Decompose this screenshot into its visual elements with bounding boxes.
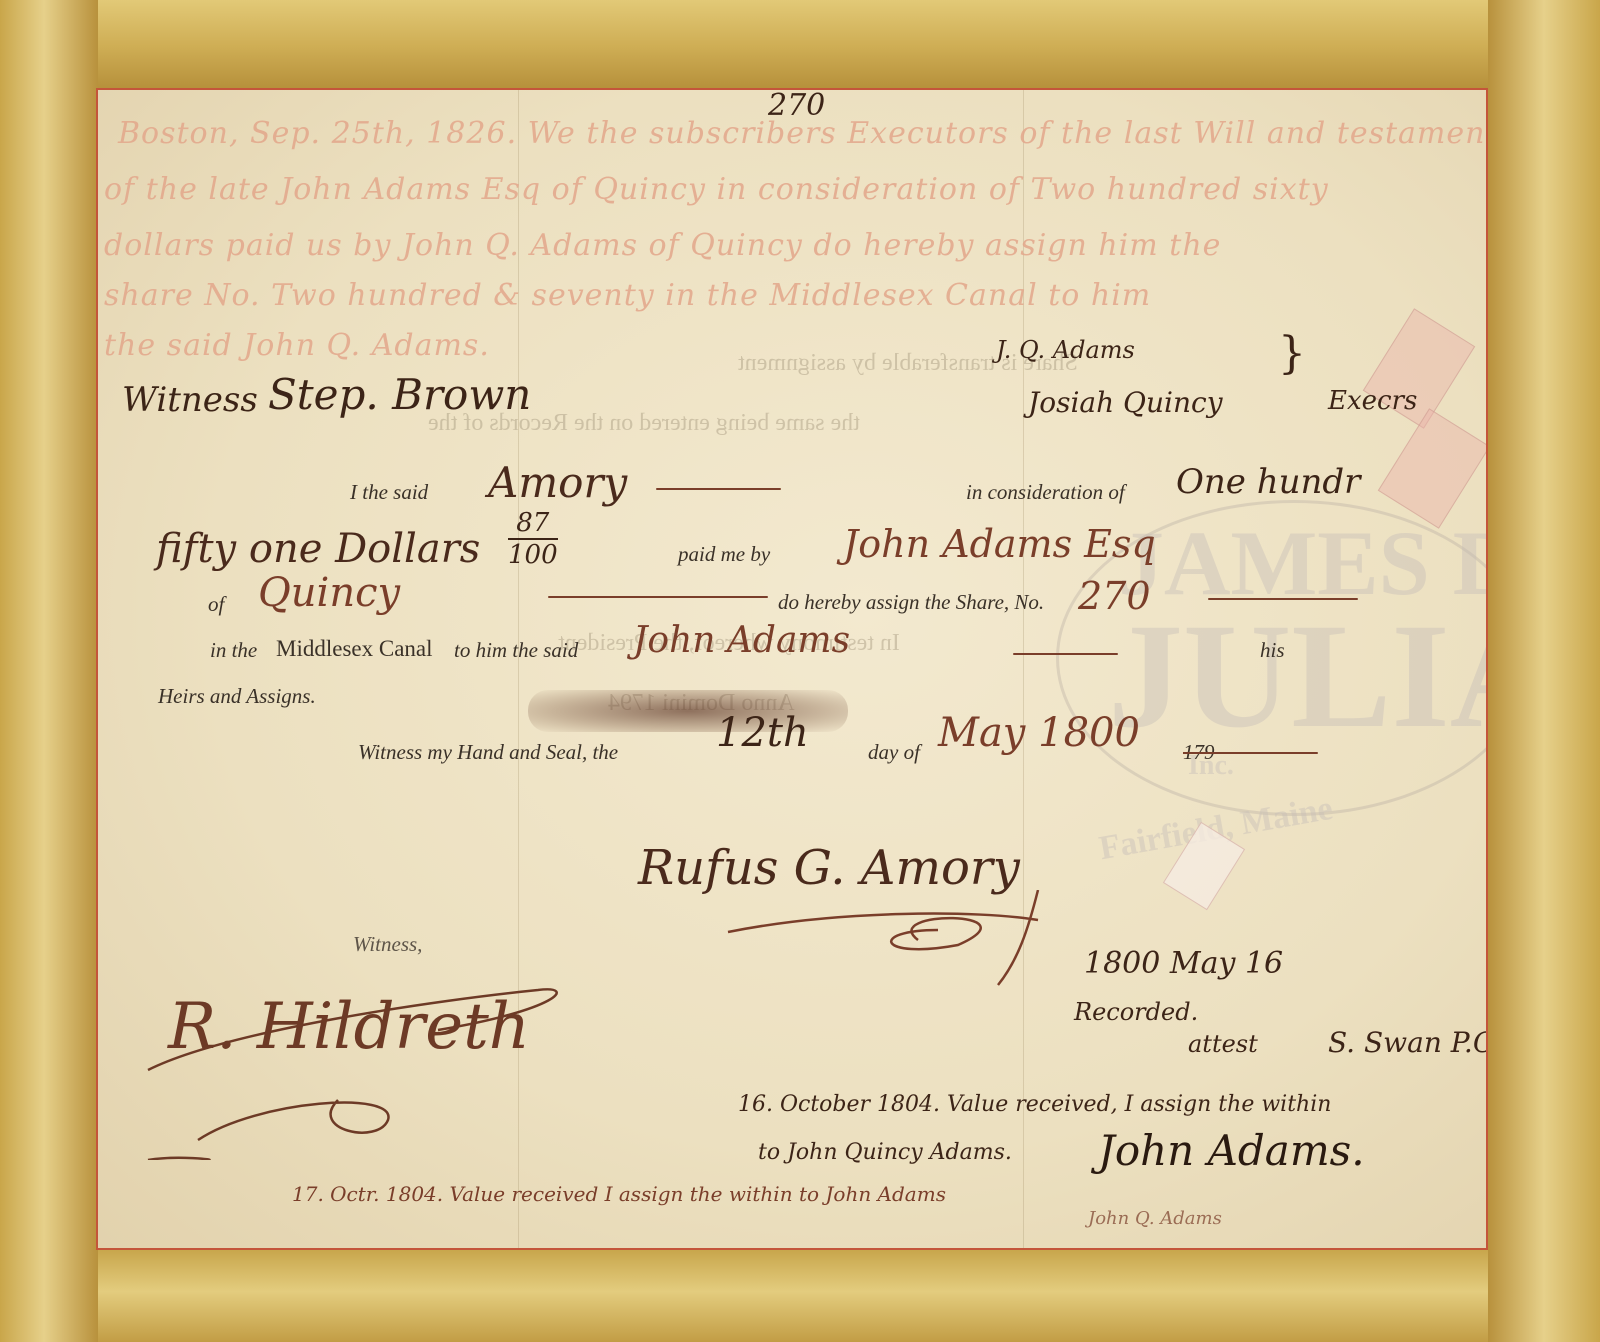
seller-name: Amory bbox=[488, 458, 627, 507]
fill-rule bbox=[656, 488, 781, 490]
signature-flourish bbox=[718, 890, 1118, 990]
executor-signature-jqa: J. Q. Adams bbox=[996, 336, 1135, 364]
payer-name: John Adams Esq bbox=[843, 522, 1156, 566]
payer-place: Quincy bbox=[258, 570, 400, 616]
share-number: 270 bbox=[1078, 574, 1151, 618]
john-adams-signature: John Adams. bbox=[1098, 1126, 1365, 1175]
form-label: Heirs and Assigns. bbox=[158, 684, 316, 709]
strike-rule bbox=[1183, 752, 1318, 754]
endorsement-oct16-line1: 16. October 1804. Value received, I assi… bbox=[738, 1092, 1331, 1117]
fold-line bbox=[1023, 90, 1024, 1248]
witness-label-bottom: Witness, bbox=[353, 932, 422, 957]
canal-name: Middlesex Canal bbox=[276, 636, 433, 662]
recorded-label: Recorded. bbox=[1074, 998, 1198, 1026]
cents-fraction: 87 100 bbox=[508, 510, 558, 568]
form-label: day of bbox=[868, 740, 920, 765]
cents-denominator: 100 bbox=[508, 540, 558, 568]
jqa-signature-bottom: John Q. Adams bbox=[1088, 1208, 1222, 1229]
faded-line-4: share No. Two hundred & seventy in the M… bbox=[104, 278, 1151, 313]
form-label: paid me by bbox=[678, 542, 770, 567]
recorded-date: 1800 May 16 bbox=[1084, 946, 1283, 981]
frame-left bbox=[0, 0, 98, 1342]
attest-label: attest bbox=[1188, 1030, 1258, 1058]
form-label: I the said bbox=[350, 480, 428, 505]
fill-rule bbox=[1208, 598, 1358, 600]
seal-month-year: May 1800 bbox=[938, 710, 1140, 756]
frame-top bbox=[0, 0, 1600, 92]
brace: } bbox=[1278, 328, 1306, 379]
form-label: do hereby assign the Share, No. bbox=[778, 590, 1044, 615]
witness-flourish bbox=[138, 970, 658, 1160]
frame-right bbox=[1488, 0, 1600, 1342]
executor-role: Execrs bbox=[1328, 386, 1417, 416]
faded-line-1: Boston, Sep. 25th, 1826. We the subscrib… bbox=[118, 116, 1488, 151]
form-label: his bbox=[1260, 638, 1285, 663]
fill-rule bbox=[1013, 653, 1118, 655]
amount-part-2: fifty one Dollars bbox=[156, 526, 480, 572]
amount-part-1: One hundr bbox=[1176, 462, 1360, 502]
frame-bottom bbox=[0, 1250, 1600, 1342]
form-label: Witness my Hand and Seal, the bbox=[358, 740, 618, 765]
watermark-line2: JULIA bbox=[1108, 590, 1488, 762]
witness-label-top: Witness bbox=[122, 380, 258, 420]
seller-signature: Rufus G. Amory bbox=[638, 840, 1020, 896]
attest-signature: S. Swan P.C. bbox=[1328, 1026, 1488, 1059]
form-label: in consideration of bbox=[966, 480, 1125, 505]
cents-numerator: 87 bbox=[508, 510, 558, 540]
document-paper: Share is transferable by assignment the … bbox=[98, 90, 1488, 1248]
form-label: in the bbox=[210, 638, 257, 663]
faded-line-3: dollars paid us by John Q. Adams of Quin… bbox=[104, 228, 1221, 263]
form-label: to him the said bbox=[454, 638, 578, 663]
endorsement-oct17-line1: 17. Octr. 1804. Value received I assign … bbox=[292, 1182, 946, 1206]
fill-rule bbox=[548, 596, 768, 598]
assignee-name: John Adams bbox=[633, 620, 850, 661]
endorsement-oct16-line2: to John Quincy Adams. bbox=[758, 1140, 1012, 1165]
executor-signature-quincy: Josiah Quincy bbox=[1028, 386, 1223, 419]
faded-line-2: of the late John Adams Esq of Quincy in … bbox=[104, 172, 1329, 207]
seal-day: 12th bbox=[716, 710, 809, 756]
form-label: of bbox=[208, 592, 224, 617]
witness-signature-top: Step. Brown bbox=[268, 370, 531, 419]
faded-line-5: the said John Q. Adams. bbox=[104, 328, 490, 363]
